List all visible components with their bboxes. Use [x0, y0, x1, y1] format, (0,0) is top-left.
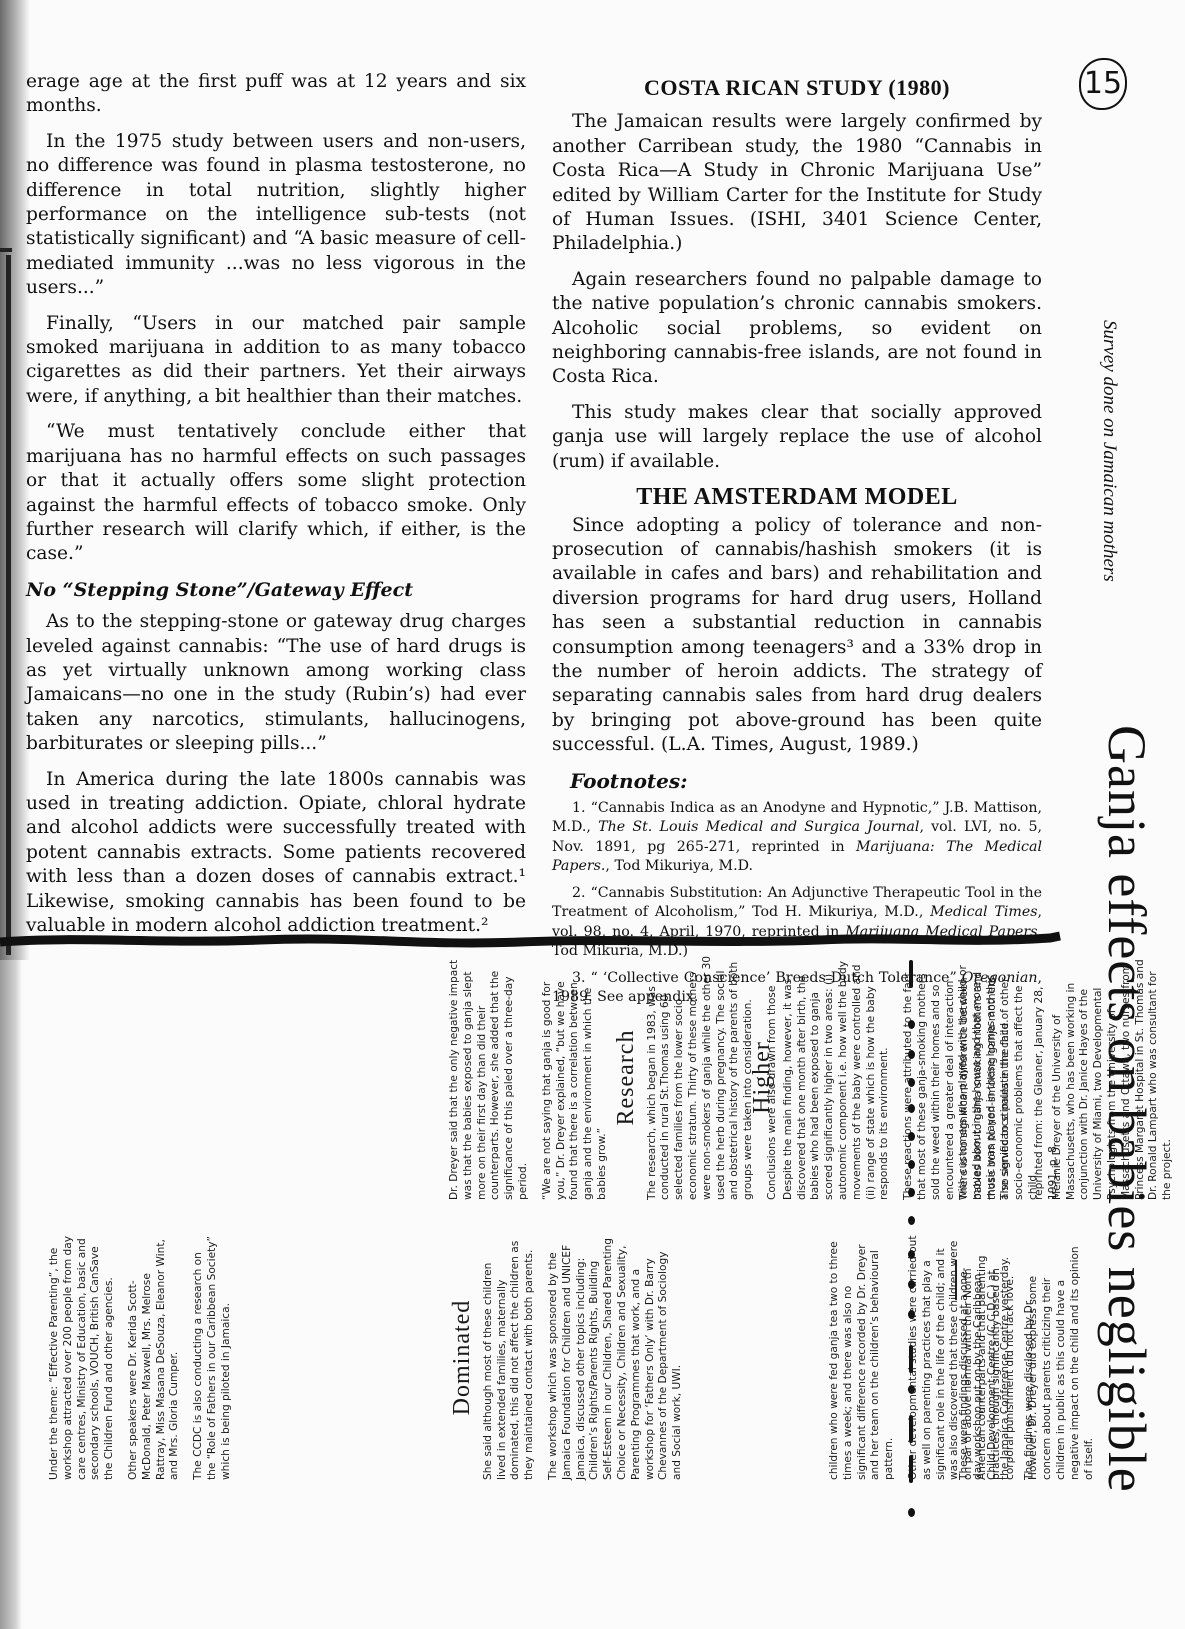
newspaper-clipping: reprinted from: the Gleaner, January 28,… — [28, 940, 1058, 1500]
clipping-column-5: children who were fed ganja tea two to t… — [828, 1235, 1106, 1480]
scan-edge-shadow-lower — [0, 960, 22, 1629]
margin-mark — [0, 248, 12, 252]
heading-costa-rican-study: COSTA RICAN STUDY (1980) — [552, 76, 1042, 100]
left-article-column: erage age at the first puff was at 12 ye… — [26, 70, 526, 949]
heading-amsterdam-model: THE AMSTERDAM MODEL — [552, 485, 1042, 509]
footnote-1: 1. “Cannabis Indica as an Anodyne and Hy… — [552, 799, 1042, 877]
paragraph: Finally, “Users in our matched pair samp… — [26, 312, 526, 410]
subheading-dominated: Dominated — [456, 1235, 470, 1480]
margin-annotation: Survey done on Jamaican mothers — [1090, 320, 1120, 640]
paragraph: The Jamaican results were largely confir… — [552, 110, 1042, 256]
paragraph: In America during the late 1800s cannabi… — [26, 768, 526, 939]
handwritten-page-number: 15 — [1079, 58, 1127, 110]
clipping-column-3: Dr. Dreyer said that the only negative i… — [448, 955, 790, 1200]
clipping-column-7: Under the theme: “Effective Parenting”, … — [48, 1235, 244, 1480]
subheading-research: Research — [620, 955, 634, 1200]
paragraph: This study makes clear that socially app… — [552, 401, 1042, 474]
paragraph: “We must tentatively conclude either tha… — [26, 420, 526, 566]
paragraph: As to the stepping-stone or gateway drug… — [26, 610, 526, 756]
paragraph: Since adopting a policy of tolerance and… — [552, 514, 1042, 758]
margin-bar — [6, 255, 11, 955]
paragraph: erage age at the first puff was at 12 ye… — [26, 70, 526, 119]
footnotes-heading: Footnotes: — [570, 769, 1042, 793]
subheading-gateway-effect: No “Stepping Stone”/Gateway Effect — [26, 578, 526, 602]
paragraph: Again researchers found no palpable dama… — [552, 268, 1042, 390]
paragraph: In the 1975 study between users and non-… — [26, 130, 526, 301]
clipping-column-6: Dominated She said although most of thes… — [448, 1235, 695, 1480]
right-article-column: COSTA RICAN STUDY (1980) The Jamaican re… — [552, 76, 1042, 1015]
